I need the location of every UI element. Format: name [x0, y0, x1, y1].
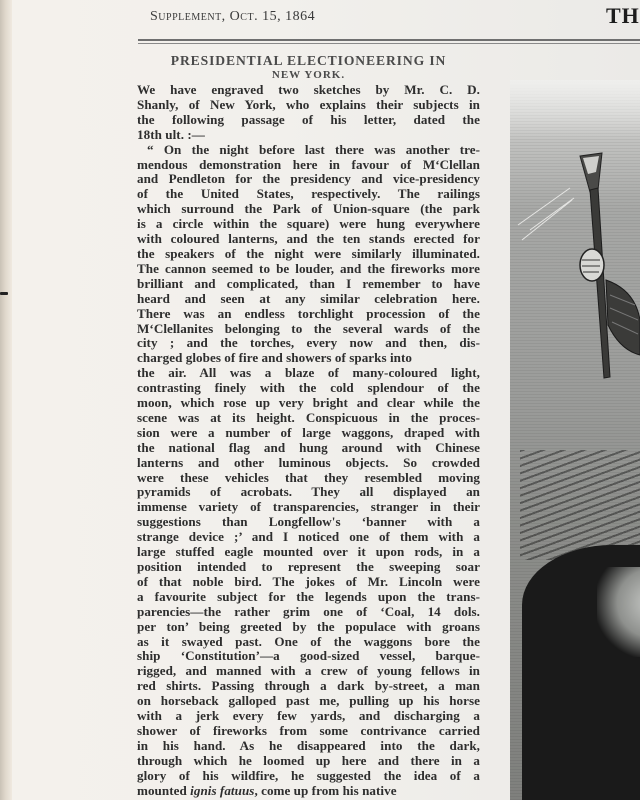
- article-line: rigged, and manned with a crew of young …: [137, 664, 480, 679]
- article-line: city ; and the torches, every now and th…: [137, 336, 480, 351]
- article-line: were these vehicles that they resembled …: [137, 471, 480, 486]
- article-line: glory of his wildfire, he suggested the …: [137, 769, 480, 784]
- text-run: mounted: [137, 783, 190, 798]
- article-line: scene was at its height. Conspicuous in …: [137, 411, 480, 426]
- article-line: We have engraved two sketches by Mr. C. …: [137, 83, 480, 98]
- text-run: , come up from his native: [254, 783, 396, 798]
- article-line: There was an endless torchlight processi…: [137, 307, 480, 322]
- article-line: sion were a number of large waggons, dra…: [137, 426, 480, 441]
- article-line: on horseback galloped past me, pulling u…: [137, 694, 480, 709]
- article-line: red shirts. Passing through a dark by-st…: [137, 679, 480, 694]
- page-spine-edge: [0, 0, 12, 800]
- article-line: large stuffed eagle mounted over it upon…: [137, 545, 480, 560]
- article-line: ship ‘Constitution’—a good-sized vessel,…: [137, 649, 480, 664]
- article-line: 18th ult. :—: [137, 128, 480, 143]
- article-line: charged globes of fire and showers of sp…: [137, 351, 480, 366]
- article-line: brilliant and complicated, than I rememb…: [137, 277, 480, 292]
- article-line: Shanly, of New York, who explains their …: [137, 98, 480, 113]
- italic-phrase: ignis fatuus: [190, 783, 254, 798]
- page-tear-mark: [0, 292, 8, 295]
- article-line: through which he loomed up here and ther…: [137, 754, 480, 769]
- article-line: with coloured lanterns, and the ten stan…: [137, 232, 480, 247]
- article-line: and Pendleton for the presidency and vic…: [137, 172, 480, 187]
- engraving-dark-figure: [522, 545, 640, 800]
- article-line: parencies—the rather grim one of ‘Coal, …: [137, 605, 480, 620]
- article-line: the air. All was a blaze of many-coloure…: [137, 366, 480, 381]
- article-line: heard and seen at any similar celebratio…: [137, 292, 480, 307]
- article-line: pyramids of acrobats. They all displayed…: [137, 485, 480, 500]
- article-line: strange device ;’ and I noticed one of t…: [137, 530, 480, 545]
- article-line: the following passage of his letter, dat…: [137, 113, 480, 128]
- article-line: The cannon seemed to be louder, and the …: [137, 262, 480, 277]
- article-line: immense variety of transparencies, stran…: [137, 500, 480, 515]
- engraving-highlight: [597, 567, 640, 657]
- article-headline: PRESIDENTIAL ELECTIONEERING IN: [137, 52, 480, 69]
- article-line: in his hand. As he disappeared into the …: [137, 739, 480, 754]
- article-line: shower of fireworks from some contrivanc…: [137, 724, 480, 739]
- article-line: suggestions than Longfellow's ‘banner wi…: [137, 515, 480, 530]
- article-line: as it swayed past. One of the waggons bo…: [137, 635, 480, 650]
- article-subhead: NEW YORK.: [137, 69, 480, 82]
- article-line: the national flag and hung around with C…: [137, 441, 480, 456]
- article-line: a favourite subject for the legends upon…: [137, 590, 480, 605]
- article-line: mendous demonstration here in favour of …: [137, 158, 480, 173]
- article-body: We have engraved two sketches by Mr. C. …: [137, 83, 480, 784]
- header-rule-thin: [138, 43, 640, 44]
- article-line-last: mounted ignis fatuus, come up from his n…: [137, 784, 480, 799]
- article-line: is a circle within the square) were hung…: [137, 217, 480, 232]
- article-line: “ On the night before last there was ano…: [137, 143, 480, 158]
- article-line: lanterns and other luminous objects. So …: [137, 456, 480, 471]
- article-line: position intended to represent the sweep…: [137, 560, 480, 575]
- article-line: per ton’ being greeted by the populace w…: [137, 620, 480, 635]
- article-line: with a jerk every few yards, and dischar…: [137, 709, 480, 724]
- running-head: Supplement, Oct. 15, 1864: [150, 9, 315, 25]
- article-line: of the United States, respectively. The …: [137, 187, 480, 202]
- article-line: which surround the Park of Union-square …: [137, 202, 480, 217]
- article-line: the speakers of the night were similarly…: [137, 247, 480, 262]
- article-line: contrasting finely with the cold splendo…: [137, 381, 480, 396]
- header-rule-thick: [138, 39, 640, 41]
- article-line: M‘Clellanites belonging to the several w…: [137, 322, 480, 337]
- article-line: of that noble bird. The jokes of Mr. Lin…: [137, 575, 480, 590]
- engraving-hatching: [520, 450, 640, 560]
- article-column: PRESIDENTIAL ELECTIONEERING IN NEW YORK.…: [137, 52, 480, 799]
- masthead-fragment: TH: [606, 3, 640, 29]
- article-line: moon, which rose up very bright and clea…: [137, 396, 480, 411]
